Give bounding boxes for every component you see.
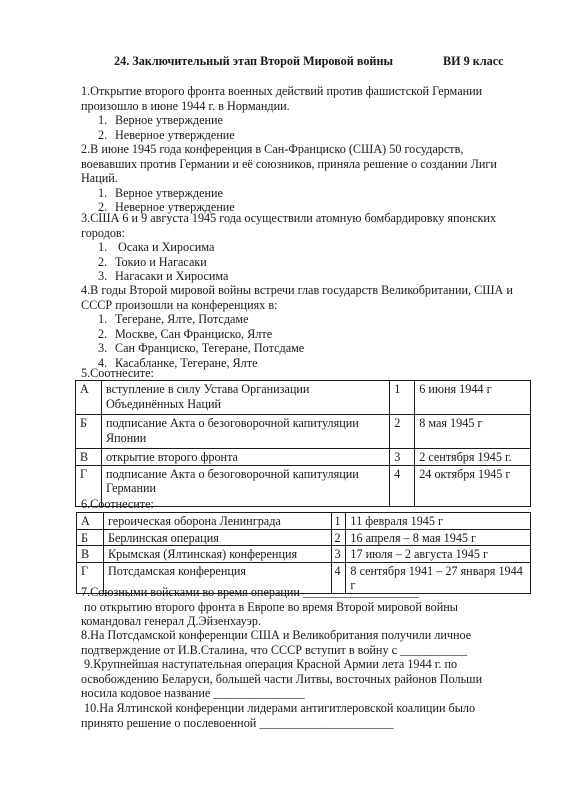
question-2: 2.В июне 1945 года конференция в Сан-Фра… <box>81 142 536 215</box>
row-number: 3 <box>332 546 346 563</box>
row-event: Берлинская операция <box>103 529 331 546</box>
question-3-text-line2: городов: <box>81 226 536 241</box>
row-number: 1 <box>390 381 415 415</box>
worksheet-title: 24. Заключительный этап Второй Мировой в… <box>114 54 393 69</box>
question-10: 10.На Ялтинской конференции лидерами ант… <box>81 701 536 730</box>
question-3-text-line1: 3.США 6 и 9 августа 1945 года осуществил… <box>81 211 536 226</box>
option[interactable]: 2.Неверное утверждение <box>81 128 536 143</box>
grade-label: ВИ 9 класс <box>443 54 504 69</box>
question-1-text-line1: 1.Открытие второго фронта военных действ… <box>81 84 536 99</box>
question-7-line2: по открытию второго фронта в Европе во в… <box>81 600 536 615</box>
question-3-options: 1. Осака и Хиросима 2.Токио и Нагасаки 3… <box>81 240 536 284</box>
row-letter: Б <box>77 529 104 546</box>
question-4-text-line2: СССР произошли на конференциях в: <box>81 298 536 313</box>
question-1: 1.Открытие второго фронта военных действ… <box>81 84 536 142</box>
row-letter: В <box>76 449 102 466</box>
question-9-line3: носила кодовое название _______________ <box>81 686 536 701</box>
table-row: Б Берлинская операция 2 16 апреля – 8 ма… <box>77 529 531 546</box>
row-number: 2 <box>390 415 415 449</box>
question-5-label: 5.Соотнесите: <box>81 366 536 381</box>
row-letter: А <box>76 381 102 415</box>
option[interactable]: 3.Сан Франциско, Тегеране, Потсдаме <box>81 341 536 356</box>
row-date: 16 апреля – 8 мая 1945 г <box>346 529 531 546</box>
table-row: Б подписание Акта о безоговорочной капит… <box>76 415 531 449</box>
row-number: 1 <box>332 513 346 530</box>
row-event: Крымская (Ялтинская) конференция <box>103 546 331 563</box>
row-number: 2 <box>332 529 346 546</box>
row-event: героическая оборона Ленинграда <box>103 513 331 530</box>
question-8-line2: подтверждение от И.В.Сталина, что СССР в… <box>81 643 536 658</box>
matching-table-6: А героическая оборона Ленинграда 1 11 фе… <box>76 512 531 594</box>
question-3: 3.США 6 и 9 августа 1945 года осуществил… <box>81 211 536 284</box>
question-2-text-line1: 2.В июне 1945 года конференция в Сан-Фра… <box>81 142 536 157</box>
option[interactable]: 2.Токио и Нагасаки <box>81 255 536 270</box>
question-1-text-line2: произошло в июне 1944 г. в Нормандии. <box>81 99 536 114</box>
option[interactable]: 1.Тегеране, Ялте, Потсдаме <box>81 312 536 327</box>
table-row: В открытие второго фронта 3 2 сентября 1… <box>76 449 531 466</box>
question-7-line1: 7.Союзными войсками во время операции __… <box>81 585 536 600</box>
row-date: 11 февраля 1945 г <box>346 513 531 530</box>
question-8: 8.На Потсдамской конференции США и Велик… <box>81 628 536 657</box>
question-4: 4.В годы Второй мировой войны встречи гл… <box>81 283 536 370</box>
question-10-line2: принято решение о послевоенной _________… <box>81 716 536 731</box>
row-date: 6 июня 1944 г <box>415 381 531 415</box>
row-date: 2 сентября 1945 г. <box>415 449 531 466</box>
option[interactable]: 3.Нагасаки и Хиросима <box>81 269 536 284</box>
row-event: вступление в силу Устава Организации Объ… <box>101 381 389 415</box>
row-number: 3 <box>390 449 415 466</box>
row-event: подписание Акта о безоговорочной капитул… <box>101 415 389 449</box>
row-date: 17 июля – 2 августа 1945 г <box>346 546 531 563</box>
row-letter: А <box>77 513 104 530</box>
table-row: В Крымская (Ялтинская) конференция 3 17 … <box>77 546 531 563</box>
question-2-text-line2: воевавших против Германии и её союзников… <box>81 157 536 172</box>
option[interactable]: 2.Москве, Сан Франциско, Ялте <box>81 327 536 342</box>
question-9-line1: 9.Крупнейшая наступательная операция Кра… <box>81 657 536 672</box>
question-9-line2: освобождению Беларуси, большей части Лит… <box>81 672 536 687</box>
question-7-line3: командовал генерал Д.Эйзенхауэр. <box>81 614 536 629</box>
worksheet-page: 24. Заключительный этап Второй Мировой в… <box>0 0 566 800</box>
question-4-options: 1.Тегеране, Ялте, Потсдаме 2.Москве, Сан… <box>81 312 536 370</box>
question-8-line1: 8.На Потсдамской конференции США и Велик… <box>81 628 536 643</box>
row-letter: В <box>77 546 104 563</box>
matching-table-5: А вступление в силу Устава Организации О… <box>75 380 531 507</box>
row-event: открытие второго фронта <box>101 449 389 466</box>
table-row: А героическая оборона Ленинграда 1 11 фе… <box>77 513 531 530</box>
row-letter: Б <box>76 415 102 449</box>
question-1-options: 1.Верное утверждение 2.Неверное утвержде… <box>81 113 536 142</box>
question-2-text-line3: Наций. <box>81 171 536 186</box>
question-9: 9.Крупнейшая наступательная операция Кра… <box>81 657 536 701</box>
question-6-label: 6.Соотнесите: <box>81 497 536 512</box>
question-4-text-line1: 4.В годы Второй мировой войны встречи гл… <box>81 283 536 298</box>
option[interactable]: 1.Верное утверждение <box>81 186 536 201</box>
option[interactable]: 1. Осака и Хиросима <box>81 240 536 255</box>
question-10-line1: 10.На Ялтинской конференции лидерами ант… <box>81 701 536 716</box>
table-row: А вступление в силу Устава Организации О… <box>76 381 531 415</box>
row-date: 8 мая 1945 г <box>415 415 531 449</box>
option[interactable]: 1.Верное утверждение <box>81 113 536 128</box>
question-7: 7.Союзными войсками во время операции __… <box>81 585 536 629</box>
